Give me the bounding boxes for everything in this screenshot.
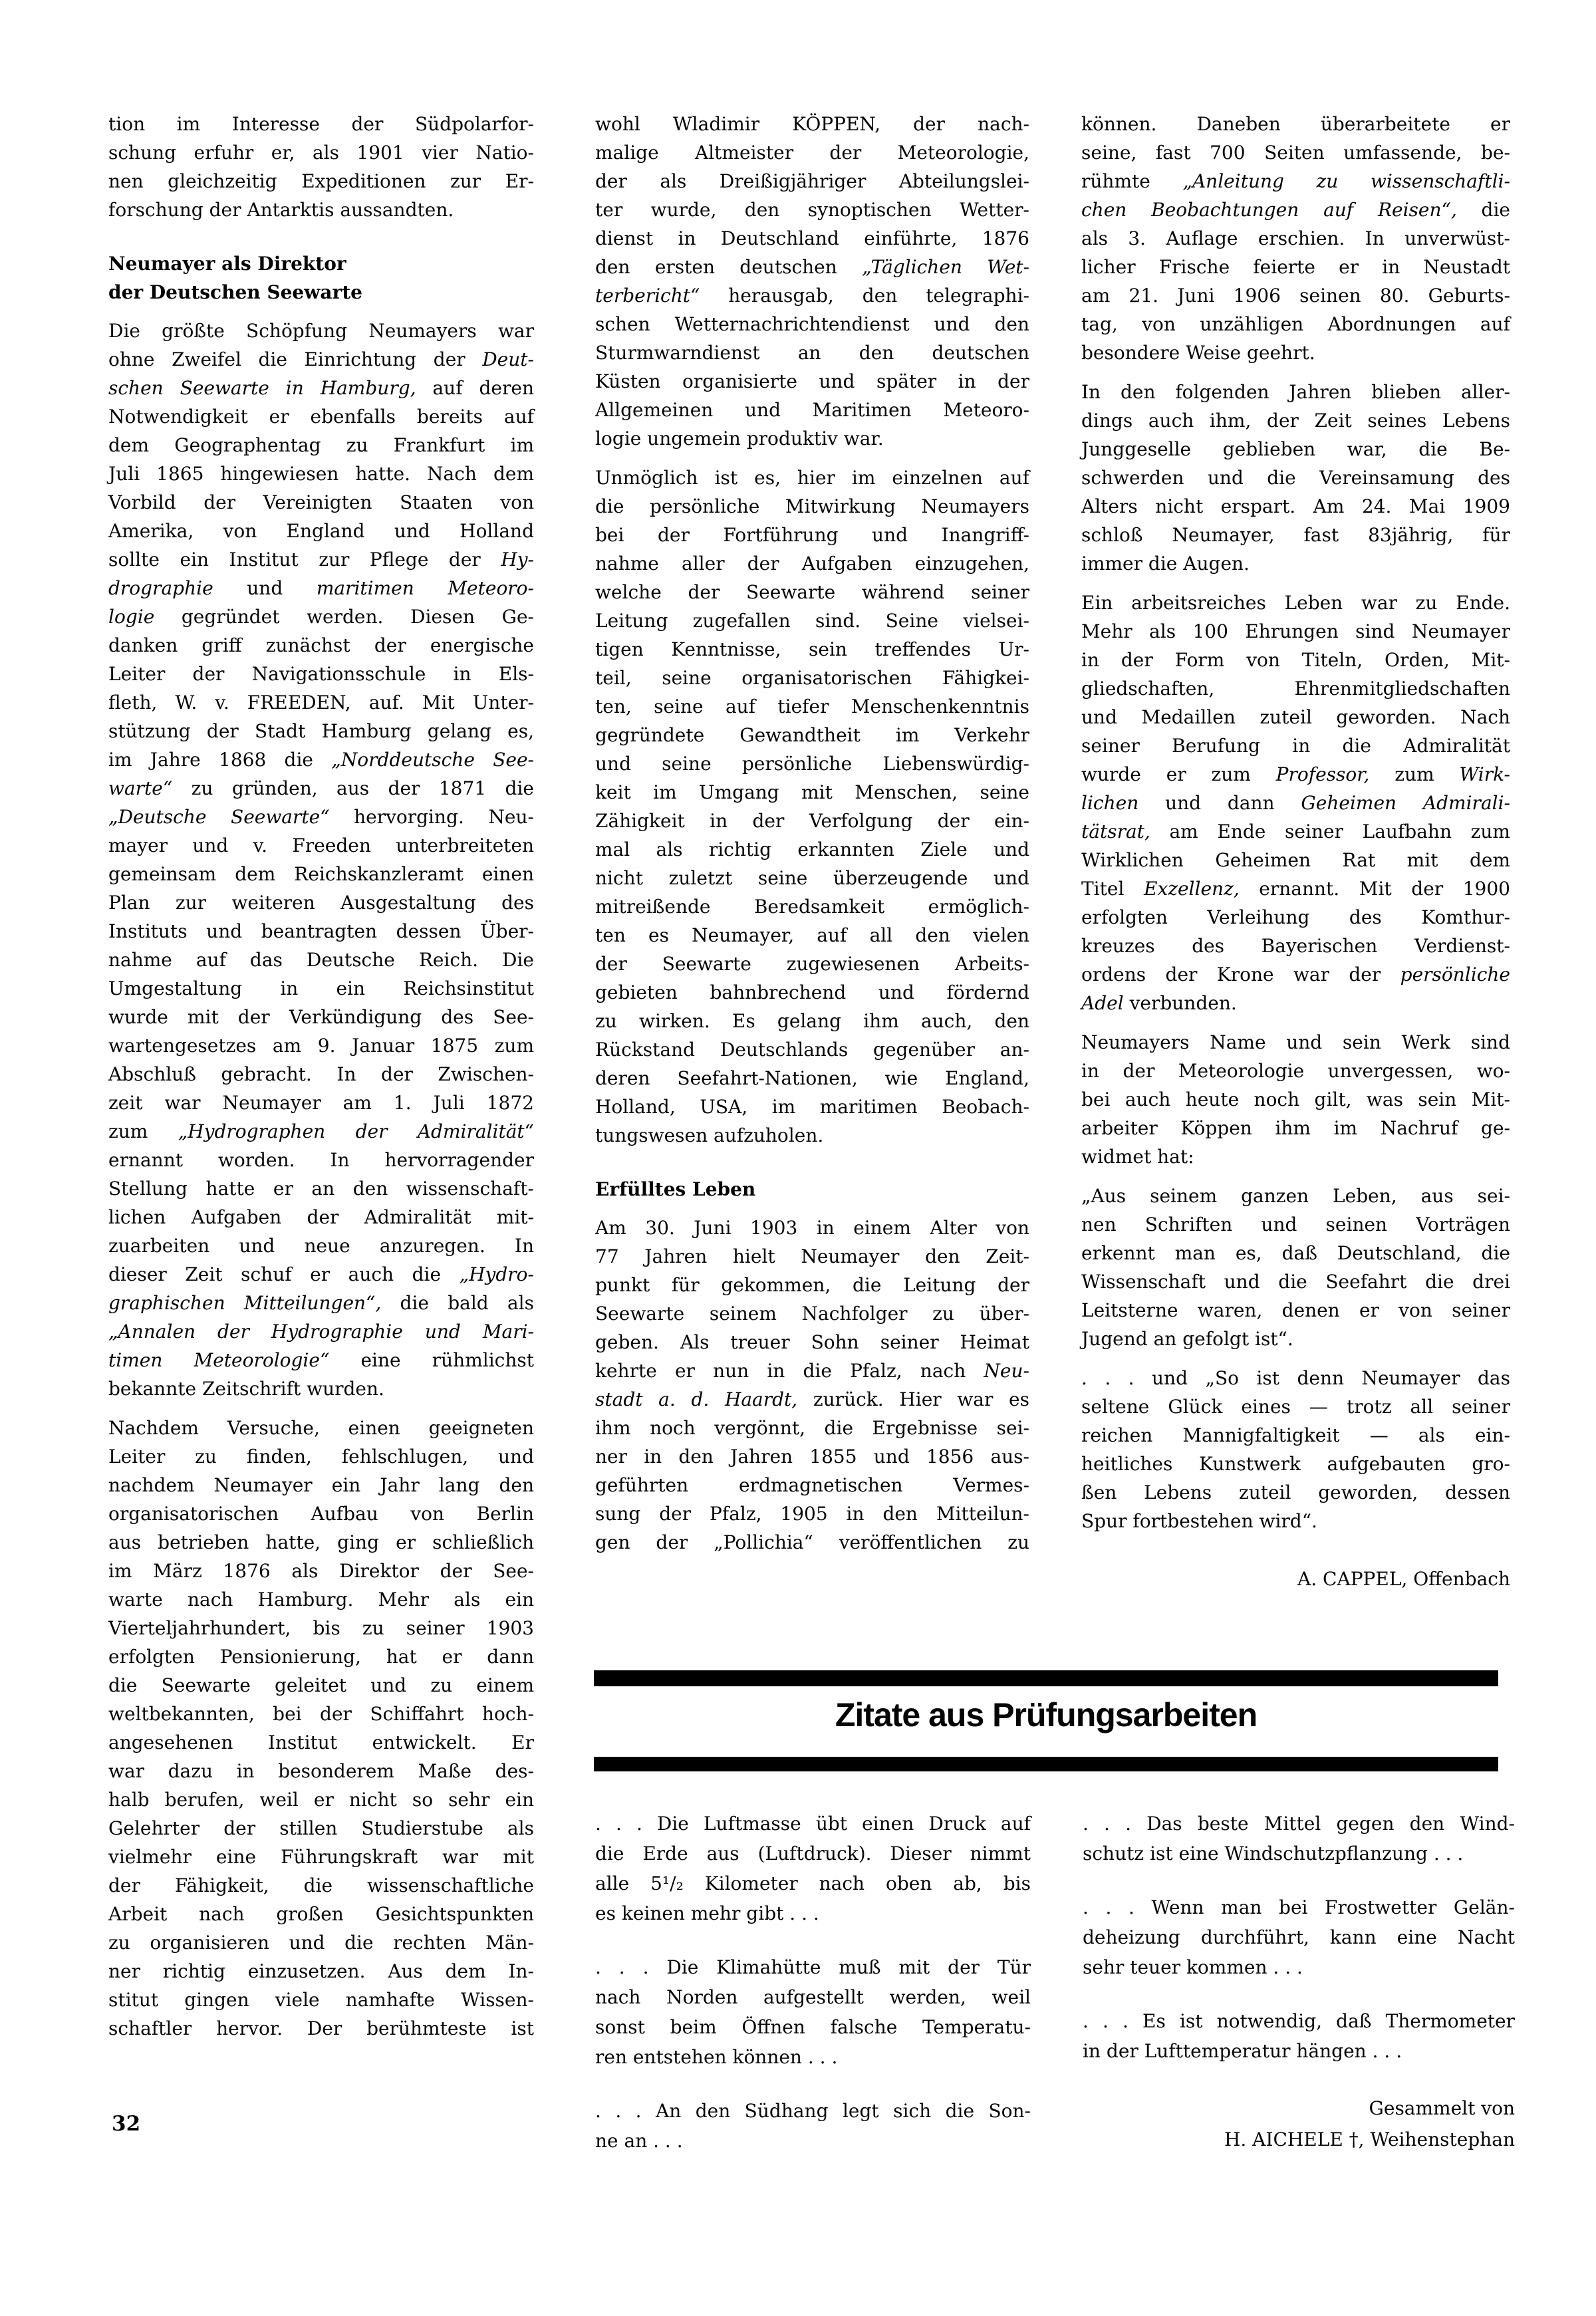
subheading: Neumayer als Direktorder Deutschen Seewa…: [108, 249, 534, 307]
text-line: ren entstehen können . . .: [595, 2042, 1031, 2072]
text-line: Spur fortbestehen wird“.: [1081, 1507, 1510, 1535]
text-line: „Aus seinem ganzen Leben, aus sei-: [1081, 1182, 1510, 1210]
text-line: Unmöglich ist es, hier im einzelnen auf: [595, 463, 1029, 492]
text-line: aus betrieben hatte, ging er schließlich: [108, 1528, 534, 1557]
text-line: teil, seine organisatorischen Fähigkei-: [595, 664, 1029, 692]
text-line: vielmehr eine Führungskraft war mit: [108, 1843, 534, 1871]
text-line: Alters nicht erspart. Am 24. Mai 1909: [1081, 492, 1510, 521]
text-line: sonst beim Öffnen falsche Temperatu-: [595, 2012, 1031, 2042]
text-line: geführten erdmagnetischen Vermes-: [595, 1471, 1029, 1499]
text-line: ter wurde, den synoptischen Wetter-: [595, 195, 1029, 224]
text-line: nahme auf das Deutsche Reich. Die: [108, 946, 534, 974]
text-line: dienst in Deutschland einführte, 1876: [595, 224, 1029, 253]
text-line: kreuzes des Bayerischen Verdienst-: [1081, 932, 1510, 960]
text-line: am 21. Juni 1906 seinen 80. Geburts-: [1081, 281, 1510, 310]
text-line: gebieten bahnbrechend und fördernd: [595, 978, 1029, 1007]
text-line: seine, fast 700 Seiten umfassende, be-: [1081, 138, 1510, 167]
section-divider-top: [594, 1670, 1498, 1686]
paragraph: . . . Wenn man bei Frostwetter Gelän-deh…: [1083, 1892, 1515, 1982]
text-line: Neumayers Name und sein Werk sind: [1081, 1028, 1510, 1057]
paragraph: Neumayers Name und sein Werk sindin der …: [1081, 1028, 1510, 1171]
text-line: Gesammelt von: [1083, 2093, 1515, 2124]
text-line: mayer und v. Freeden unterbreiteten: [108, 831, 534, 860]
text-line: in der Lufttemperatur hängen . . .: [1083, 2036, 1515, 2066]
text-line: ner richtig einzusetzen. Aus dem In-: [108, 1957, 534, 1986]
text-line: Leitung zugefallen sind. Seine vielsei-: [595, 606, 1029, 635]
paragraph: . . . Es ist notwendig, daß Thermometeri…: [1083, 2006, 1515, 2066]
text-line: Küsten organisierte und später in der: [595, 367, 1029, 396]
text-line: punkt für gekommen, die Leitung der: [595, 1271, 1029, 1299]
text-line: Instituts und beantragten dessen Über-: [108, 917, 534, 946]
paragraph: wohl Wladimir KÖPPEN, der nach-malige Al…: [595, 110, 1029, 453]
text-line: . . . An den Südhang legt sich die Son-: [595, 2096, 1031, 2126]
text-line: Adel verbunden.: [1081, 989, 1510, 1017]
text-line: Erfülltes Leben: [595, 1175, 1029, 1204]
text-line: Leiter zu finden, fehlschlugen, und: [108, 1442, 534, 1471]
text-line: bei auch heute noch gilt, was sein Mit-: [1081, 1085, 1510, 1114]
text-line: danken griff zunächst der energische: [108, 631, 534, 660]
text-line: weltbekannten, bei der Schiffahrt hoch-: [108, 1700, 534, 1728]
text-line: tion im Interesse der Südpolarfor-: [108, 110, 534, 138]
text-line: ernannt worden. In hervorragender: [108, 1146, 534, 1174]
text-line: Sturmwarndienst an den deutschen: [595, 338, 1029, 367]
text-line: drographie und maritimen Meteoro-: [108, 574, 534, 602]
text-line: wohl Wladimir KÖPPEN, der nach-: [595, 110, 1029, 138]
text-line: schaftler hervor. Der berühmteste ist: [108, 2014, 534, 2043]
text-line: sung der Pfalz, 1905 in den Mitteilun-: [595, 1499, 1029, 1528]
text-line: es keinen mehr gibt . . .: [595, 1898, 1031, 1928]
paragraph: Unmöglich ist es, hier im einzelnen aufd…: [595, 463, 1029, 1150]
text-line: Leitsterne waren, denen er von seiner: [1081, 1296, 1510, 1325]
text-line: erfolgten Pensionierung, hat er dann: [108, 1642, 534, 1671]
text-line: schwerden und die Vereinsamung des: [1081, 463, 1510, 492]
text-line: mal als richtig erkannten Ziele und: [595, 835, 1029, 864]
paragraph: Nachdem Versuche, einen geeignetenLeiter…: [108, 1414, 534, 2043]
text-line: zeit war Neumayer am 1. Juli 1872: [108, 1089, 534, 1117]
text-line: die persönliche Mitwirkung Neumayers: [595, 492, 1029, 521]
text-line: die Erde aus (Luftdruck). Dieser nimmt: [595, 1839, 1031, 1868]
paragraph: . . . Die Klimahütte muß mit der Türnach…: [595, 1952, 1031, 2072]
article-column-1: tion im Interesse der Südpolarfor-schung…: [108, 110, 534, 2043]
text-line: Die größte Schöpfung Neumayers war: [108, 317, 534, 345]
text-line: „Deutsche Seewarte“ hervorging. Neu-: [108, 803, 534, 831]
text-line: Juli 1865 hingewiesen hatte. Nach dem: [108, 459, 534, 488]
text-line: seltene Glück eines — trotz all seiner: [1081, 1392, 1510, 1421]
text-line: lichen und dann Geheimen Admirali-: [1081, 789, 1510, 817]
text-line: . . . Wenn man bei Frostwetter Gelän-: [1083, 1892, 1515, 1922]
text-line: schung erfuhr er, als 1901 vier Natio-: [108, 138, 534, 167]
text-line: malige Altmeister der Meteorologie,: [595, 138, 1029, 167]
text-line: alle 5¹/₂ Kilometer nach oben ab, bis: [595, 1868, 1031, 1898]
text-line: tungswesen aufzuholen.: [595, 1121, 1029, 1150]
text-line: Holland, USA, im maritimen Beobach-: [595, 1093, 1029, 1121]
text-line: gen der „Pollichia“ veröffentlichen zu: [595, 1528, 1029, 1557]
paragraph: Am 30. Juni 1903 in einem Alter von77 Ja…: [595, 1214, 1029, 1557]
text-line: der als Dreißigjähriger Abteilungslei-: [595, 167, 1029, 195]
text-line: In den folgenden Jahren blieben aller-: [1081, 378, 1510, 406]
text-line: Neumayer als Direktor: [108, 249, 534, 278]
text-line: halb berufen, weil er nicht so sehr ein: [108, 1785, 534, 1814]
text-line: heitliches Kunstwerk aufgebauten gro-: [1081, 1450, 1510, 1478]
text-line: als 3. Auflage erschien. In unverwüst-: [1081, 224, 1510, 253]
text-line: Umgestaltung in ein Reichsinstitut: [108, 974, 534, 1003]
text-line: in der Form von Titeln, Orden, Mit-: [1081, 646, 1510, 674]
paragraph: . . . Die Luftmasse übt einen Druck aufd…: [595, 1809, 1031, 1928]
quotes-columns: . . . Die Luftmasse übt einen Druck aufd…: [595, 1809, 1515, 2156]
text-line: timen Meteorologie“ eine rühmlichst: [108, 1346, 534, 1374]
text-line: Ein arbeitsreiches Leben war zu Ende.: [1081, 588, 1510, 617]
text-line: Wissenschaft und die Seefahrt die drei: [1081, 1267, 1510, 1296]
text-line: ten es Neumayer, auf all den vielen: [595, 921, 1029, 950]
paragraph: tion im Interesse der Südpolarfor-schung…: [108, 110, 534, 224]
text-line: in der Meteorologie unvergessen, wo-: [1081, 1057, 1510, 1085]
text-line: zu wirken. Es gelang ihm auch, den: [595, 1007, 1029, 1035]
quotes-section-title: Zitate aus Prüfungsarbeiten: [594, 1696, 1498, 1734]
text-line: Mehr als 100 Ehrungen sind Neumayer: [1081, 617, 1510, 646]
text-line: stützung der Stadt Hamburg gelang es,: [108, 717, 534, 745]
text-line: . . . Die Klimahütte muß mit der Tür: [595, 1952, 1031, 1982]
text-line: dem Geographentag zu Frankfurt im: [108, 431, 534, 459]
text-line: gegründete Gewandtheit im Verkehr: [595, 721, 1029, 749]
text-line: nen gleichzeitig Expeditionen zur Er-: [108, 167, 534, 195]
text-line: sehr teuer kommen . . .: [1083, 1952, 1515, 1982]
text-line: wurde er zum Professor, zum Wirk-: [1081, 760, 1510, 789]
text-line: erfolgten Verleihung des Komthur-: [1081, 903, 1510, 932]
text-line: organisatorischen Aufbau von Berlin: [108, 1499, 534, 1528]
text-line: schen Seewarte in Hamburg, auf deren: [108, 374, 534, 402]
text-line: wurde mit der Verkündigung des See-: [108, 1003, 534, 1031]
text-line: ßen Lebens zuteil geworden, dessen: [1081, 1478, 1510, 1507]
text-line: schutz ist eine Windschutzpflanzung . . …: [1083, 1839, 1515, 1868]
text-line: nicht zuletzt seine überzeugende und: [595, 864, 1029, 892]
text-line: und seine persönliche Liebenswürdig-: [595, 749, 1029, 778]
text-line: mitreißende Beredsamkeit ermöglich-: [595, 892, 1029, 921]
text-line: logie gegründet werden. Diesen Ge-: [108, 602, 534, 631]
text-line: Jugend an gefolgt ist“.: [1081, 1325, 1510, 1353]
section-divider-bottom: [594, 1757, 1498, 1771]
article-column-2: wohl Wladimir KÖPPEN, der nach-malige Al…: [595, 110, 1029, 1557]
quotes-column-1: . . . Die Luftmasse übt einen Druck aufd…: [595, 1809, 1031, 2156]
text-line: „Annalen der Hydrographie und Mari-: [108, 1317, 534, 1346]
text-line: Allgemeinen und Maritimen Meteoro-: [595, 396, 1029, 424]
paragraph: . . . An den Südhang legt sich die Son-n…: [595, 2096, 1031, 2156]
text-line: ordens der Krone war der persönliche: [1081, 960, 1510, 989]
magazine-page: tion im Interesse der Südpolarfor-schung…: [0, 0, 1596, 2316]
text-line: dings auch ihm, der Zeit seines Lebens: [1081, 406, 1510, 435]
text-line: zu organisieren und die rechten Män-: [108, 1928, 534, 1957]
subheading: Erfülltes Leben: [595, 1175, 1029, 1204]
text-line: zum „Hydrographen der Admiralität“: [108, 1117, 534, 1146]
text-line: widmet hat:: [1081, 1142, 1510, 1171]
text-line: graphischen Mitteilungen“, die bald als: [108, 1289, 534, 1317]
text-line: lichen Aufgaben der Admiralität mit-: [108, 1203, 534, 1231]
text-line: Rückstand Deutschlands gegenüber an-: [595, 1035, 1029, 1064]
text-line: chen Beobachtungen auf Reisen“, die: [1081, 195, 1510, 224]
paragraph: . . . und „So ist denn Neumayer dasselte…: [1081, 1364, 1510, 1535]
text-line: bei der Fortführung und Inangriff-: [595, 521, 1029, 549]
page-number: 32: [112, 2112, 140, 2136]
text-line: reichen Mannigfaltigkeit — als ein-: [1081, 1421, 1510, 1450]
text-line: schen Wetternachrichtendienst und den: [595, 310, 1029, 338]
signature: A. CAPPEL, Offenbach: [1081, 1565, 1510, 1593]
text-line: den ersten deutschen „Täglichen Wet-: [595, 253, 1029, 281]
paragraph: In den folgenden Jahren blieben aller-di…: [1081, 378, 1510, 578]
text-line: keit im Umgang mit Menschen, seine: [595, 778, 1029, 807]
text-line: ohne Zweifel die Einrichtung der Deut-: [108, 345, 534, 374]
text-line: wartengesetzes am 9. Januar 1875 zum: [108, 1031, 534, 1060]
text-line: rühmte „Anleitung zu wissenschaftli-: [1081, 167, 1510, 195]
text-line: besondere Weise geehrt.: [1081, 338, 1510, 367]
article-columns: tion im Interesse der Südpolarfor-schung…: [108, 110, 1510, 2043]
text-line: im Jahre 1868 die „Norddeutsche See-: [108, 745, 534, 774]
text-line: . . . Das beste Mittel gegen den Wind-: [1083, 1809, 1515, 1839]
paragraph: . . . Das beste Mittel gegen den Wind-sc…: [1083, 1809, 1515, 1868]
paragraph: Die größte Schöpfung Neumayers warohne Z…: [108, 317, 534, 1403]
text-line: Vierteljahrhundert, bis zu seiner 1903: [108, 1614, 534, 1642]
signature: Gesammelt vonH. AICHELE †, Weihenstephan: [1083, 2093, 1515, 2155]
text-line: terbericht“ herausgab, den telegraphi-: [595, 281, 1029, 310]
text-line: Amerika, von England und Holland: [108, 517, 534, 545]
text-line: Leiter der Navigationsschule in Els-: [108, 660, 534, 688]
text-line: Wirklichen Geheimen Rat mit dem: [1081, 846, 1510, 874]
text-line: . . . Es ist notwendig, daß Thermometer: [1083, 2006, 1515, 2036]
text-line: zuarbeiten und neue anzuregen. In: [108, 1231, 534, 1260]
text-line: Stellung hatte er an den wissenschaft-: [108, 1174, 534, 1203]
text-line: deren Seefahrt-Nationen, wie England,: [595, 1064, 1029, 1093]
text-line: welche der Seewarte während seiner: [595, 578, 1029, 606]
text-line: Notwendigkeit er ebenfalls bereits auf: [108, 402, 534, 431]
text-line: gemeinsam dem Reichskanzleramt einen: [108, 860, 534, 888]
text-line: Arbeit nach großen Gesichtspunkten: [108, 1900, 534, 1928]
text-line: warte nach Hamburg. Mehr als ein: [108, 1585, 534, 1614]
text-line: Vorbild der Vereinigten Staaten von: [108, 488, 534, 517]
text-line: können. Daneben überarbeitete er: [1081, 110, 1510, 138]
text-line: forschung der Antarktis aussandten.: [108, 195, 534, 224]
text-line: sollte ein Institut zur Pflege der Hy-: [108, 545, 534, 574]
text-line: kehrte er nun in die Pfalz, nach Neu-: [595, 1356, 1029, 1385]
text-line: Nachdem Versuche, einen geeigneten: [108, 1414, 534, 1442]
paragraph: können. Daneben überarbeitete erseine, f…: [1081, 110, 1510, 367]
paragraph: Ein arbeitsreiches Leben war zu Ende.Meh…: [1081, 588, 1510, 1017]
text-line: war dazu in besonderem Maße des-: [108, 1757, 534, 1785]
text-line: ten, seine auf tiefer Menschenkenntnis: [595, 692, 1029, 721]
text-line: fleth, W. v. FREEDEN, auf. Mit Unter-: [108, 688, 534, 717]
text-line: Junggeselle geblieben war, die Be-: [1081, 435, 1510, 463]
article-column-3: können. Daneben überarbeitete erseine, f…: [1081, 110, 1510, 1593]
text-line: . . . und „So ist denn Neumayer das: [1081, 1364, 1510, 1392]
text-line: H. AICHELE †, Weihenstephan: [1083, 2124, 1515, 2155]
text-line: erkennt man es, daß Deutschland, die: [1081, 1239, 1510, 1267]
text-line: ner in den Jahren 1855 und 1856 aus-: [595, 1442, 1029, 1471]
text-line: logie ungemein produktiv war.: [595, 424, 1029, 453]
text-line: 77 Jahren hielt Neumayer den Zeit-: [595, 1242, 1029, 1271]
text-line: ihm noch vergönnt, die Ergebnisse sei-: [595, 1414, 1029, 1442]
text-line: seiner Berufung in die Admiralität: [1081, 731, 1510, 760]
text-line: tigen Kenntnisse, sein treffendes Ur-: [595, 635, 1029, 664]
text-line: Am 30. Juni 1903 in einem Alter von: [595, 1214, 1029, 1242]
text-line: der Deutschen Seewarte: [108, 278, 534, 307]
text-line: ne an . . .: [595, 2126, 1031, 2156]
text-line: nachdem Neumayer ein Jahr lang den: [108, 1471, 534, 1499]
text-line: tätsrat, am Ende seiner Laufbahn zum: [1081, 817, 1510, 846]
text-line: die Seewarte geleitet und zu einem: [108, 1671, 534, 1700]
text-line: der Fähigkeit, die wissenschaftliche: [108, 1871, 534, 1900]
text-line: stitut gingen viele namhafte Wissen-: [108, 1986, 534, 2014]
text-line: Titel Exzellenz, ernannt. Mit der 1900: [1081, 874, 1510, 903]
text-line: Abschluß gebracht. In der Zwischen-: [108, 1060, 534, 1089]
text-line: nahme aller der Aufgaben einzugehen,: [595, 549, 1029, 578]
text-line: nach Norden aufgestellt werden, weil: [595, 1982, 1031, 2012]
text-line: Seewarte seinem Nachfolger zu über-: [595, 1299, 1029, 1328]
text-line: immer die Augen.: [1081, 549, 1510, 578]
quotes-column-2: . . . Das beste Mittel gegen den Wind-sc…: [1083, 1809, 1515, 2155]
text-line: schloß Neumayer, fast 83jährig, für: [1081, 521, 1510, 549]
text-line: Zähigkeit in der Verfolgung der ein-: [595, 807, 1029, 835]
text-line: und Medaillen zuteil geworden. Nach: [1081, 703, 1510, 731]
text-line: der Seewarte zugewiesenen Arbeits-: [595, 950, 1029, 978]
text-line: im März 1876 als Direktor der See-: [108, 1557, 534, 1585]
text-line: tag, von unzähligen Abordnungen auf: [1081, 310, 1510, 338]
text-line: nen Schriften und seinen Vorträgen: [1081, 1210, 1510, 1239]
text-line: A. CAPPEL, Offenbach: [1081, 1565, 1510, 1593]
text-line: arbeiter Köppen ihm im Nachruf ge-: [1081, 1114, 1510, 1142]
text-line: stadt a. d. Haardt, zurück. Hier war es: [595, 1385, 1029, 1414]
text-line: licher Frische feierte er in Neustadt: [1081, 253, 1510, 281]
text-line: gliedschaften, Ehrenmitgliedschaften: [1081, 674, 1510, 703]
text-line: bekannte Zeitschrift wurden.: [108, 1374, 534, 1403]
text-line: angesehenen Institut entwickelt. Er: [108, 1728, 534, 1757]
text-line: geben. Als treuer Sohn seiner Heimat: [595, 1328, 1029, 1356]
text-line: warte“ zu gründen, aus der 1871 die: [108, 774, 534, 803]
text-line: deheizung durchführt, kann eine Nacht: [1083, 1922, 1515, 1952]
text-line: dieser Zeit schuf er auch die „Hydro-: [108, 1260, 534, 1289]
paragraph: „Aus seinem ganzen Leben, aus sei-nen Sc…: [1081, 1182, 1510, 1353]
text-line: Plan zur weiteren Ausgestaltung des: [108, 888, 534, 917]
text-line: . . . Die Luftmasse übt einen Druck auf: [595, 1809, 1031, 1839]
text-line: Gelehrter der stillen Studierstube als: [108, 1814, 534, 1843]
